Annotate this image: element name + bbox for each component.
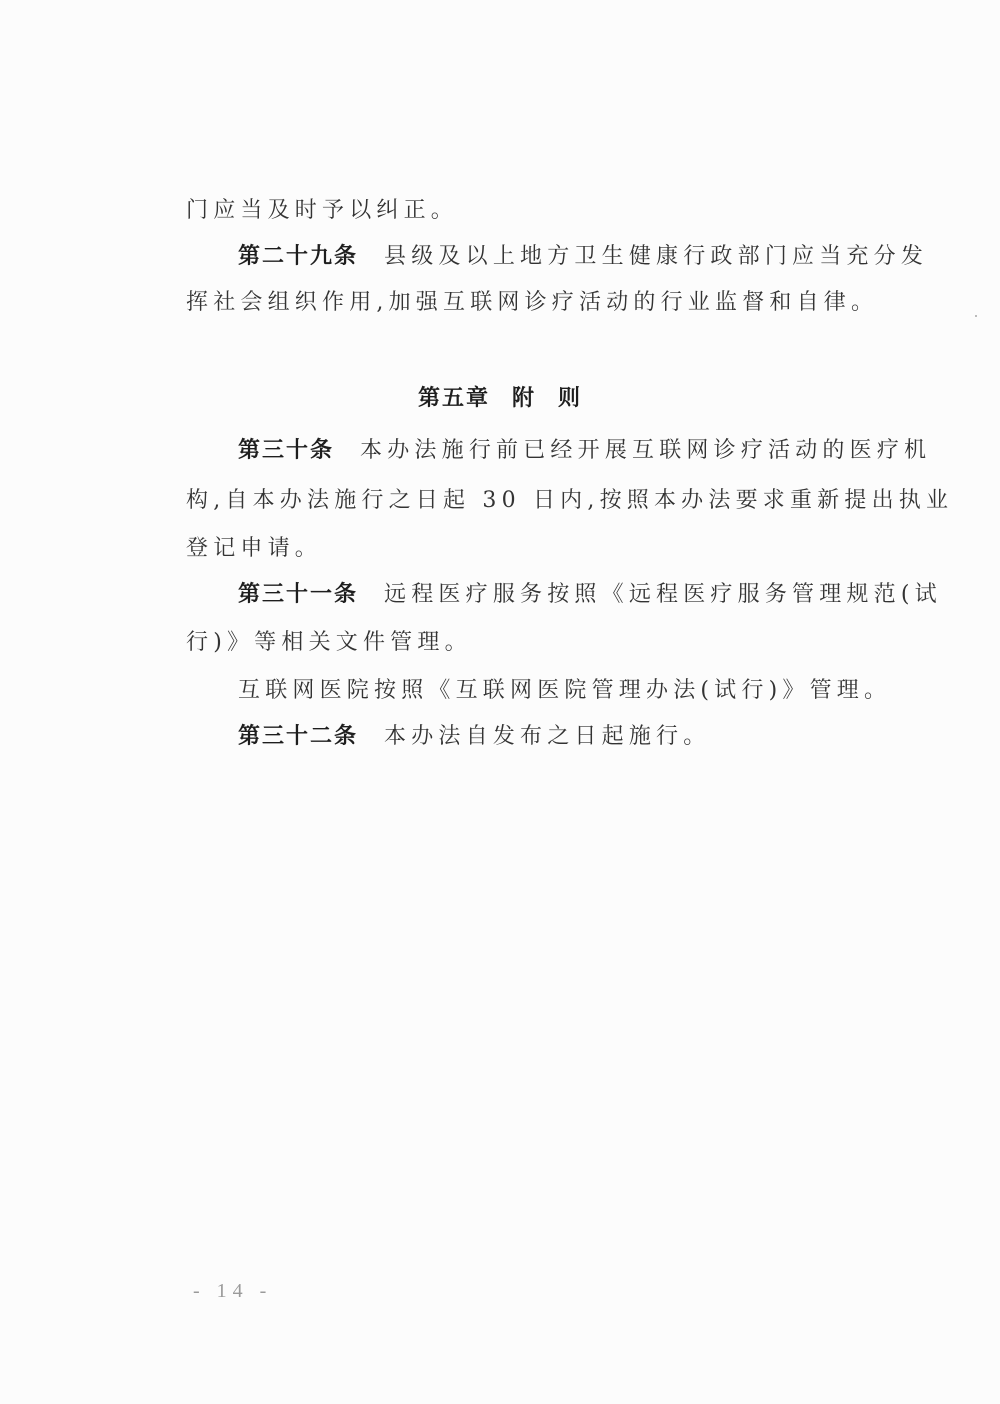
text-line: 县级及以上地方卫生健康行政部门应当充分发	[384, 244, 928, 269]
article-31-line-2: 行)》等相关文件管理。	[186, 628, 472, 658]
article-30-line-3: 登记申请。	[186, 534, 322, 564]
chapter-title-char: 附	[512, 386, 536, 411]
article-29-line-2: 挥社会组织作用,加强互联网诊疗活动的行业监督和自律。	[186, 288, 878, 318]
article-label: 第三十二条	[238, 724, 358, 749]
text-line: 挥社会组织作用,加强互联网诊疗活动的行业监督和自律。	[186, 290, 878, 315]
text-line: 本办法自发布之日起施行。	[384, 724, 710, 749]
text-line: 登记申请。	[186, 536, 322, 561]
paragraph-continuation: 门应当及时予以纠正。	[186, 196, 458, 226]
article-31: 第三十一条远程医疗服务按照《远程医疗服务管理规范(试	[238, 580, 942, 610]
article-label: 第二十九条	[238, 244, 358, 269]
text-line: 远程医疗服务按照《远程医疗服务管理规范(试	[384, 582, 942, 607]
chapter-number: 第五章	[418, 386, 490, 411]
text-line: 本办法施行前已经开展互联网诊疗活动的医疗机	[360, 438, 931, 463]
text-line: 构,自本办法施行之日起 30 日内,按照本办法要求重新提出执业	[186, 488, 953, 513]
chapter-heading: 第五章附则	[0, 384, 1000, 414]
article-label: 第三十条	[238, 438, 334, 463]
text-line: 行)》等相关文件管理。	[186, 630, 472, 655]
document-page: 门应当及时予以纠正。 第二十九条县级及以上地方卫生健康行政部门应当充分发 挥社会…	[0, 0, 1000, 1404]
article-30-line-2: 构,自本办法施行之日起 30 日内,按照本办法要求重新提出执业	[186, 486, 953, 516]
page-number: - 14 -	[193, 1280, 272, 1303]
article-29: 第二十九条县级及以上地方卫生健康行政部门应当充分发	[238, 242, 928, 272]
article-30: 第三十条本办法施行前已经开展互联网诊疗活动的医疗机	[238, 436, 931, 466]
text-line: 互联网医院按照《互联网医院管理办法(试行)》管理。	[238, 678, 891, 703]
text-line: 门应当及时予以纠正。	[186, 198, 458, 223]
scan-speck	[975, 315, 977, 317]
article-label: 第三十一条	[238, 582, 358, 607]
article-31-line-3: 互联网医院按照《互联网医院管理办法(试行)》管理。	[238, 676, 891, 706]
article-32: 第三十二条本办法自发布之日起施行。	[238, 722, 710, 752]
chapter-title-char: 则	[558, 386, 582, 411]
